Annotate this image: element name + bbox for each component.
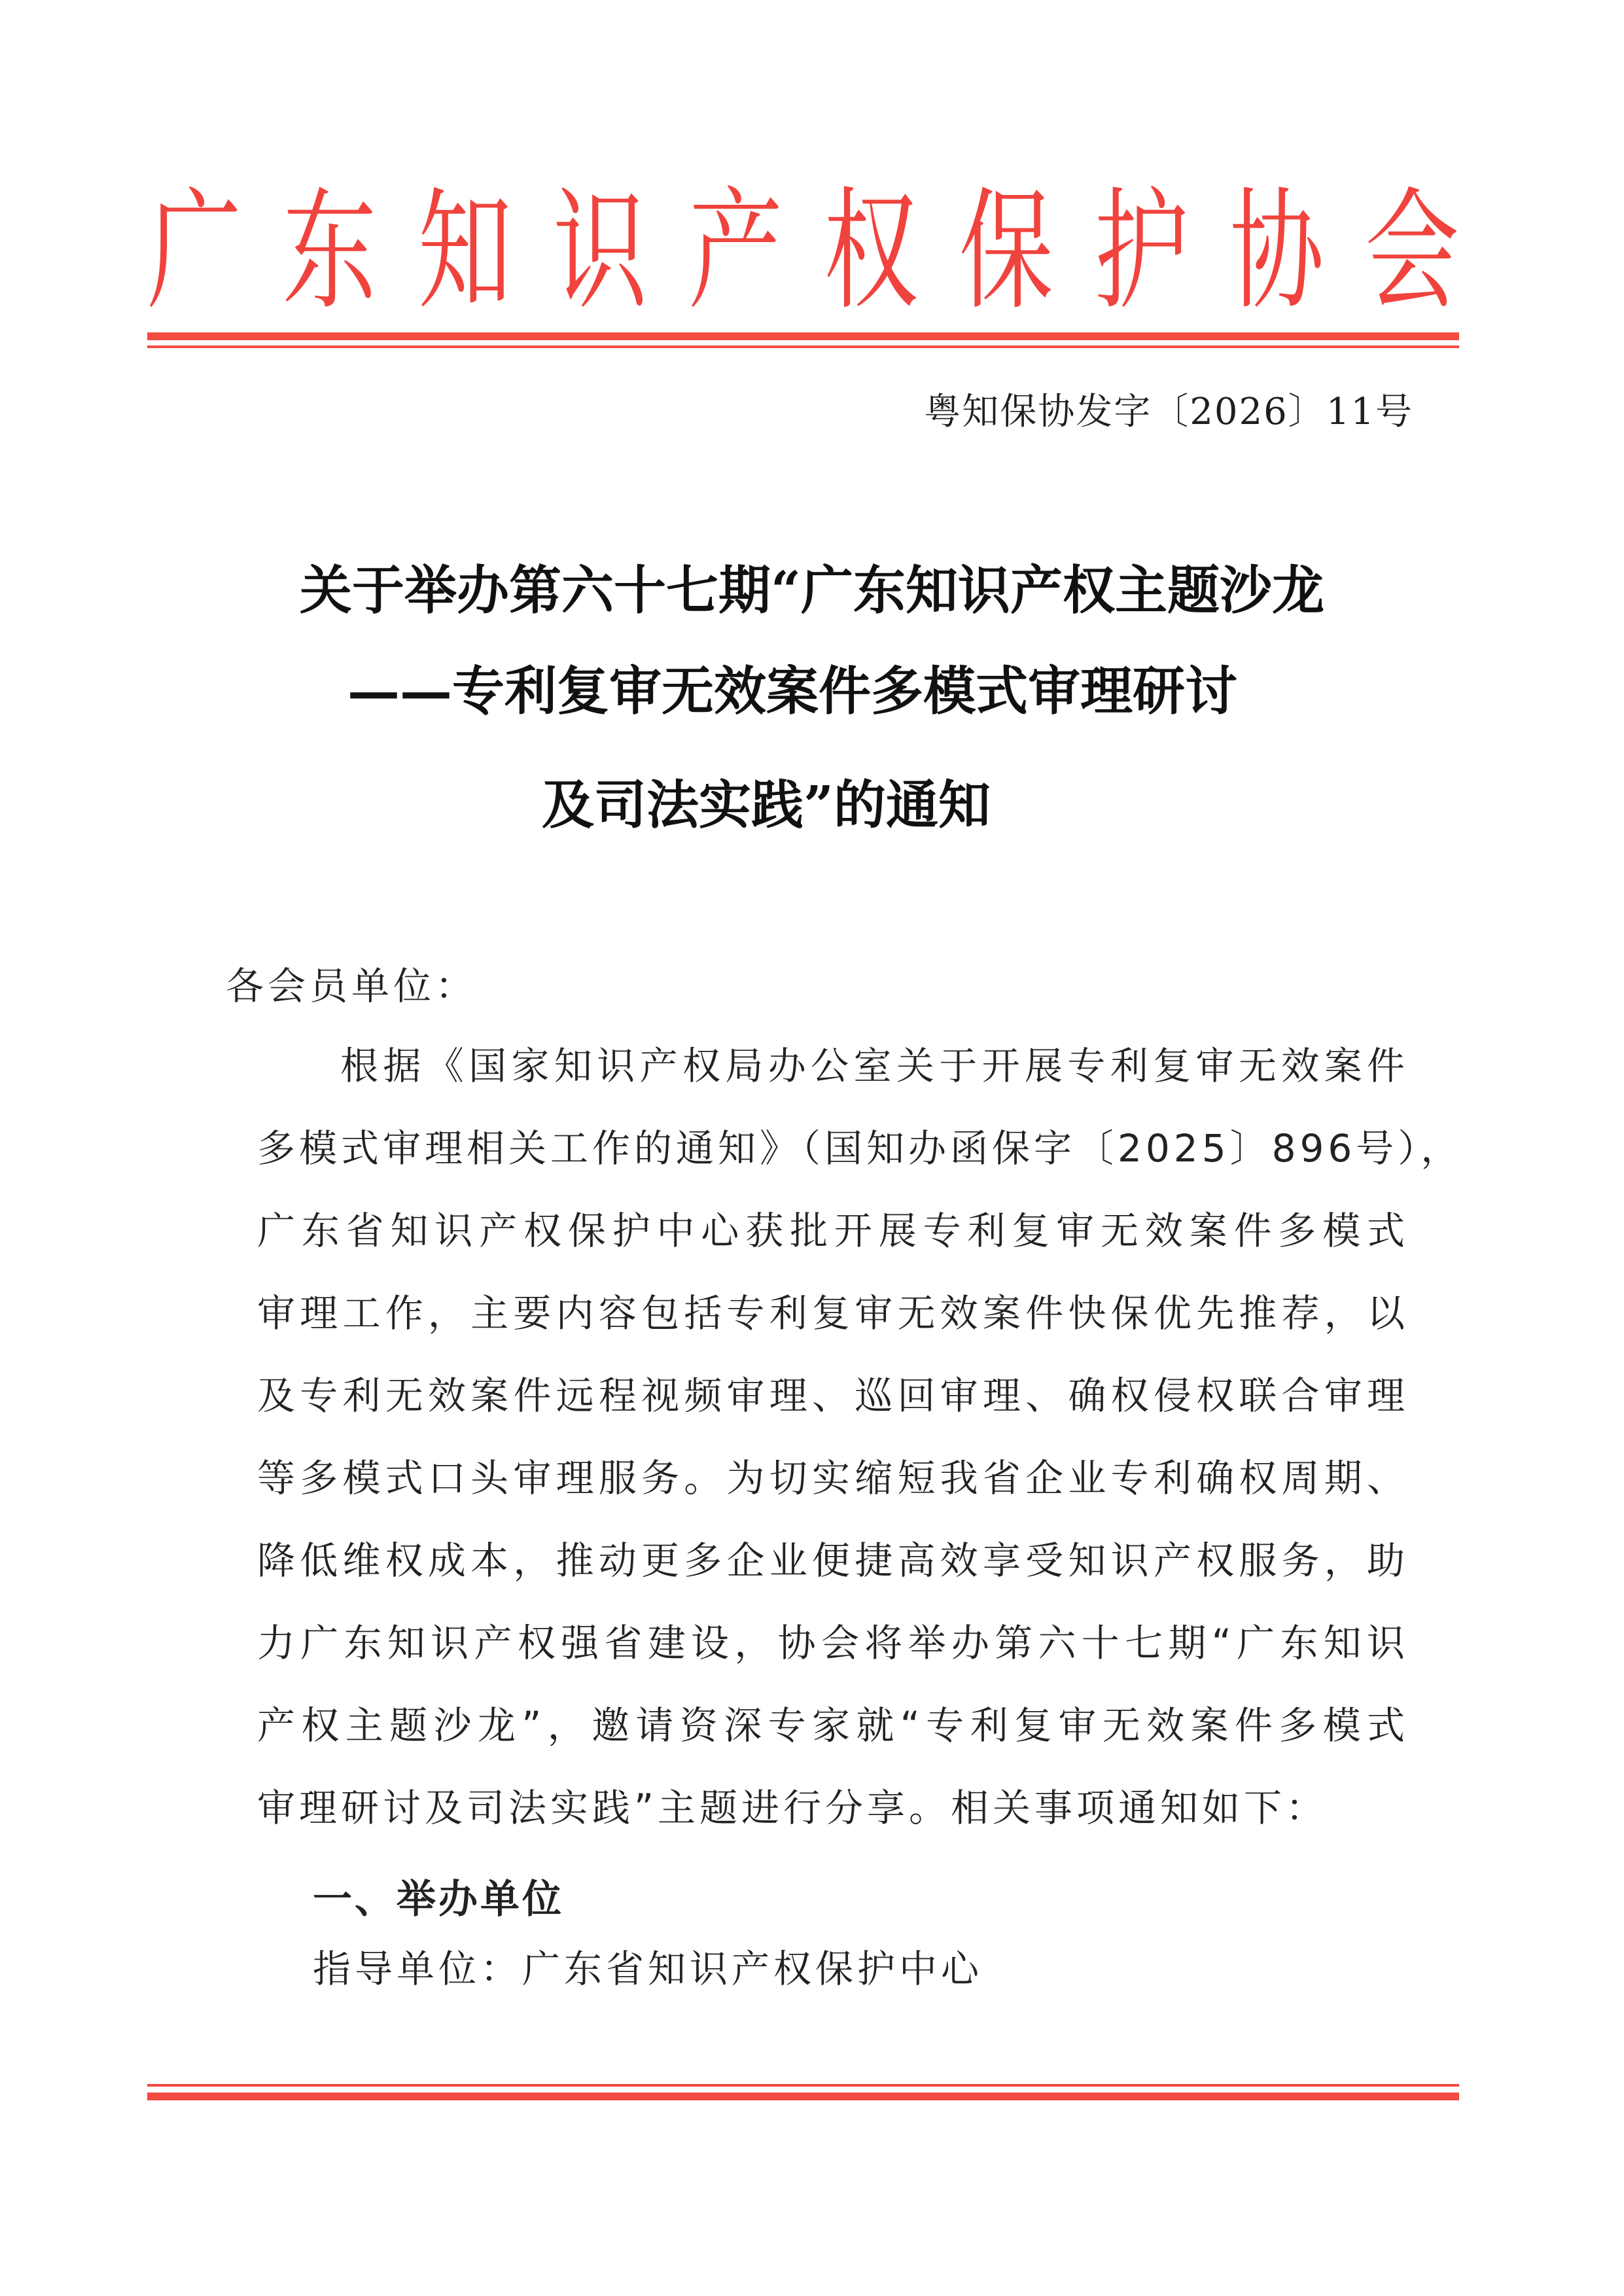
paragraph-line: 根据《国家知识产权局办公室关于开展专利复审无效案件 — [340, 1047, 1409, 1085]
masthead-char: 会 — [1365, 186, 1459, 317]
masthead-char: 权 — [824, 186, 918, 317]
document-number: 粤知保协发字〔2026〕11号 — [924, 383, 1413, 435]
paragraph-line: 等多模式口头审理服务。为切实缩短我省企业专利确权周期、 — [257, 1459, 1409, 1497]
paragraph-line: 审理研讨及司法实践”主题进行分享。相关事项通知如下： — [257, 1789, 1409, 1827]
paragraph-line: 多模式审理相关工作的通知》（国知办函保字〔2025〕896号）， — [257, 1129, 1409, 1167]
masthead-char: 协 — [1229, 186, 1324, 317]
masthead-char: 护 — [1095, 186, 1189, 317]
section-item: 指导单位：广东省知识产权保护中心 — [313, 1950, 983, 1988]
title-line-2: ——专利复审无效案件多模式审理研讨 — [0, 665, 1624, 717]
bottom-rule-thick — [147, 2093, 1459, 2100]
salutation: 各会员单位： — [226, 967, 477, 1005]
paragraph-line: 降低维权成本，推动更多企业便捷高效享受知识产权服务，助 — [257, 1542, 1409, 1580]
paragraph-line: 审理工作，主要内容包括专利复审无效案件快保优先推荐，以 — [257, 1294, 1409, 1332]
masthead-char: 保 — [959, 186, 1053, 317]
paragraph-line: 及专利无效案件远程视频审理、巡回审理、确权侵权联合审理 — [257, 1377, 1409, 1415]
paragraph-line: 广东省知识产权保护中心获批开展专利复审无效案件多模式 — [257, 1212, 1409, 1250]
top-rule-thin — [147, 345, 1459, 348]
paragraph-line: 产权主题沙龙”，邀请资深专家就“专利复审无效案件多模式 — [257, 1706, 1409, 1744]
document-page: 广 东 知 识 产 权 保 护 协 会 粤知保协发字〔2026〕11号 关于举办… — [0, 0, 1624, 2296]
masthead-org-name: 广 东 知 识 产 权 保 护 协 会 — [147, 177, 1459, 327]
masthead-char: 知 — [418, 186, 512, 317]
masthead-char: 东 — [283, 186, 377, 317]
masthead-char: 产 — [688, 186, 783, 317]
paragraph-line: 力广东知识产权强省建设，协会将举办第六十七期“广东知识 — [257, 1624, 1409, 1662]
title-line-1: 关于举办第六十七期“广东知识产权主题沙龙 — [0, 564, 1624, 616]
section-heading: 一、举办单位 — [313, 1868, 564, 1924]
masthead-char: 广 — [147, 186, 241, 317]
bottom-rule-thin — [147, 2084, 1459, 2087]
top-rule-thick — [147, 332, 1459, 340]
title-line-3: 及司法实践”的通知 — [0, 779, 1624, 831]
masthead-char: 识 — [553, 186, 647, 317]
